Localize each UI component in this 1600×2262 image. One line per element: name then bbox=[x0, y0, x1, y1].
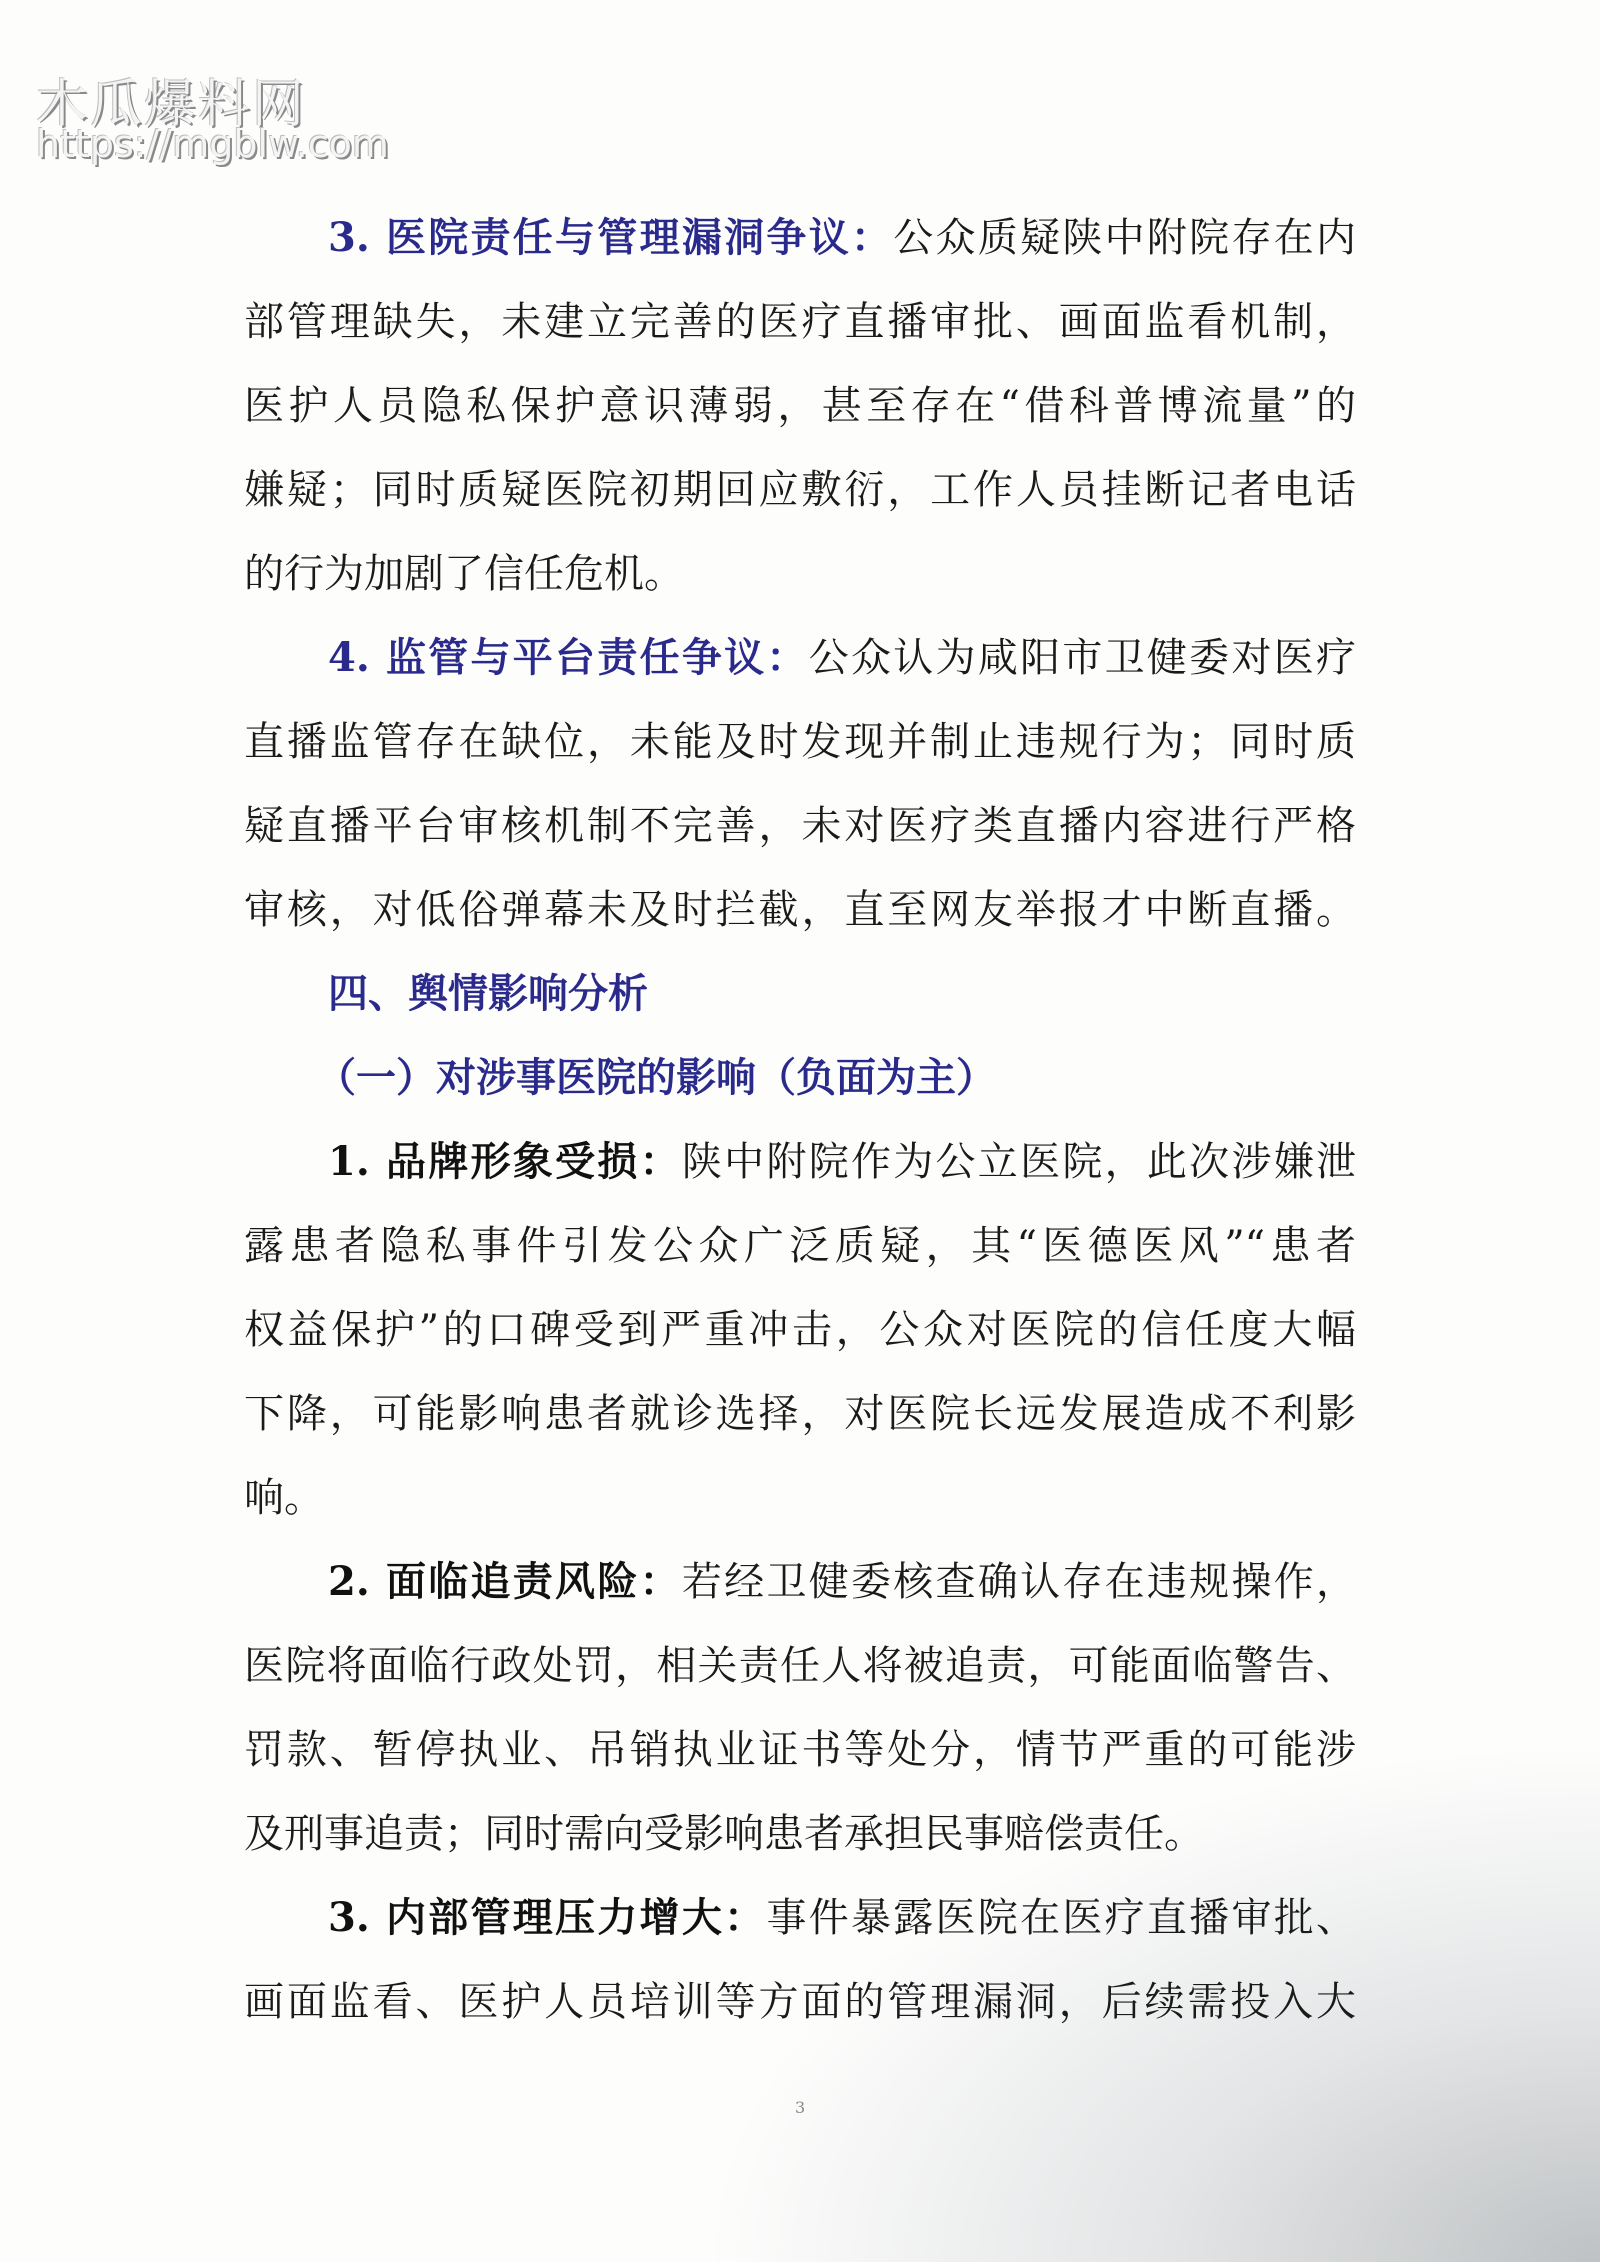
section-3-line-1: 3. 医院责任与管理漏洞争议：公众质疑陕中附院存在内 bbox=[328, 208, 1356, 268]
impact-1-line-3: 权益保护”的口碑受到严重冲击，公众对医院的信任度大幅 bbox=[244, 1300, 1356, 1360]
impact-1-line-5: 响。 bbox=[244, 1468, 1356, 1528]
section-4-line-1: 4. 监管与平台责任争议：公众认为咸阳市卫健委对医疗 bbox=[328, 628, 1356, 688]
impact-3-line-1: 3. 内部管理压力增大：事件暴露医院在医疗直播审批、 bbox=[328, 1888, 1356, 1948]
heading-hospital-impact: （一）对涉事医院的影响（负面为主） bbox=[316, 1048, 1356, 1108]
impact-1-line-2: 露患者隐私事件引发公众广泛质疑，其“医德医风”“患者 bbox=[244, 1216, 1356, 1276]
heading-opinion-impact: 四、舆情影响分析 bbox=[328, 964, 1356, 1024]
impact-1-line-1: 1. 品牌形象受损：陕中附院作为公立医院，此次涉嫌泄 bbox=[328, 1132, 1356, 1192]
impact-2-line-1: 2. 面临追责风险：若经卫健委核查确认存在违规操作， bbox=[328, 1552, 1356, 1612]
impact-3-lead: 3. 内部管理压力增大： bbox=[328, 1894, 766, 1941]
section-3-line-2: 部管理缺失，未建立完善的医疗直播审批、画面监看机制， bbox=[244, 292, 1356, 352]
section-3-line-5: 的行为加剧了信任危机。 bbox=[244, 544, 1356, 604]
section-3-line-3: 医护人员隐私保护意识薄弱，甚至存在“借科普博流量”的 bbox=[244, 376, 1356, 436]
impact-2-lead: 2. 面临追责风险： bbox=[328, 1558, 682, 1605]
impact-2-line-3: 罚款、暂停执业、吊销执业证书等处分，情节严重的可能涉 bbox=[244, 1720, 1356, 1780]
section-3-lead: 3. 医院责任与管理漏洞争议： bbox=[328, 214, 893, 261]
impact-1-line-4: 下降，可能影响患者就诊选择，对医院长远发展造成不利影 bbox=[244, 1384, 1356, 1444]
impact-2-line-4: 及刑事追责；同时需向受影响患者承担民事赔偿责任。 bbox=[244, 1804, 1356, 1864]
section-4-lead: 4. 监管与平台责任争议： bbox=[328, 634, 809, 681]
impact-3-line-2: 画面监看、医护人员培训等方面的管理漏洞，后续需投入大 bbox=[244, 1972, 1356, 2032]
page-number: 3 bbox=[795, 2098, 805, 2117]
section-3-line-4: 嫌疑；同时质疑医院初期回应敷衍，工作人员挂断记者电话 bbox=[244, 460, 1356, 520]
section-4-line-3: 疑直播平台审核机制不完善，未对医疗类直播内容进行严格 bbox=[244, 796, 1356, 856]
impact-1-lead: 1. 品牌形象受损： bbox=[328, 1138, 682, 1185]
section-4-line-4: 审核，对低俗弹幕未及时拦截，直至网友举报才中断直播。 bbox=[244, 880, 1356, 940]
impact-2-line-2: 医院将面临行政处罚，相关责任人将被追责，可能面临警告、 bbox=[244, 1636, 1356, 1696]
watermark-url: https://mgblw.com bbox=[36, 122, 389, 166]
section-4-line-2: 直播监管存在缺位，未能及时发现并制止违规行为；同时质 bbox=[244, 712, 1356, 772]
